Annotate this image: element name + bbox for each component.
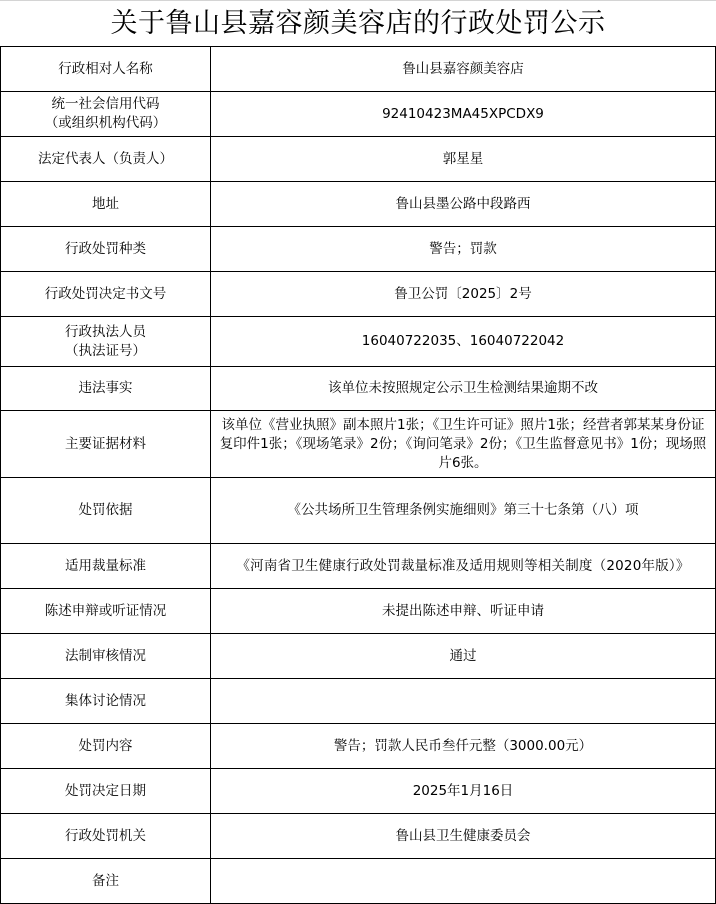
row-label-line: 统一社会信用代码（或组织机构代码） <box>45 96 167 131</box>
row-value: 鲁山县卫生健康委员会 <box>211 814 716 859</box>
table-row: 法定代表人（负责人）郭星星 <box>1 137 716 182</box>
row-value: 《河南省卫生健康行政处罚裁量标准及适用规则等相关制度（2020年版）》 <box>211 544 716 589</box>
table-row: 集体讨论情况 <box>1 679 716 724</box>
row-label: 行政处罚机关 <box>1 814 211 859</box>
row-label: 法制审核情况 <box>1 634 211 679</box>
row-value: 该单位未按照规定公示卫生检测结果逾期不改 <box>211 367 716 411</box>
row-label: 处罚内容 <box>1 724 211 769</box>
row-label: 陈述申辩或听证情况 <box>1 589 211 634</box>
table-row: 处罚决定日期2025年1月16日 <box>1 769 716 814</box>
row-value: 警告；罚款人民币叁仟元整（3000.00元） <box>211 724 716 769</box>
row-value: 16040722035、16040722042 <box>211 317 716 367</box>
penalty-info-table: 行政相对人名称鲁山县嘉容颜美容店 统一社会信用代码（或组织机构代码）924104… <box>0 46 716 904</box>
table-row: 违法事实该单位未按照规定公示卫生检测结果逾期不改 <box>1 367 716 411</box>
row-label: 违法事实 <box>1 367 211 411</box>
row-label: 法定代表人（负责人） <box>1 137 211 182</box>
table-row: 适用裁量标准《河南省卫生健康行政处罚裁量标准及适用规则等相关制度（2020年版）… <box>1 544 716 589</box>
row-label-line: 行政执法人员（执法证号） <box>65 324 146 359</box>
row-label: 处罚依据 <box>1 478 211 544</box>
row-label: 主要证据材料 <box>1 411 211 478</box>
table-row: 行政处罚决定书文号鲁卫公罚〔2025〕2号 <box>1 272 716 317</box>
table-row: 处罚内容警告；罚款人民币叁仟元整（3000.00元） <box>1 724 716 769</box>
table-row: 地址鲁山县墨公路中段路西 <box>1 182 716 227</box>
table-row: 陈述申辩或听证情况未提出陈述申辩、听证申请 <box>1 589 716 634</box>
table-row: 处罚依据《公共场所卫生管理条例实施细则》第三十七条第（八）项 <box>1 478 716 544</box>
row-label: 备注 <box>1 859 211 904</box>
row-value: 通过 <box>211 634 716 679</box>
row-value: 鲁山县嘉容颜美容店 <box>211 47 716 92</box>
table-row: 行政处罚机关鲁山县卫生健康委员会 <box>1 814 716 859</box>
row-label: 统一社会信用代码（或组织机构代码） <box>1 92 211 137</box>
row-value: 未提出陈述申辩、听证申请 <box>211 589 716 634</box>
row-label: 行政相对人名称 <box>1 47 211 92</box>
table-row: 法制审核情况通过 <box>1 634 716 679</box>
page-title: 关于鲁山县嘉容颜美容店的行政处罚公示 <box>0 0 716 46</box>
table-row: 主要证据材料该单位《营业执照》副本照片1张；《卫生许可证》照片1张；经营者郭某某… <box>1 411 716 478</box>
table-row: 行政处罚种类警告；罚款 <box>1 227 716 272</box>
row-value: 2025年1月16日 <box>211 769 716 814</box>
row-value: 该单位《营业执照》副本照片1张；《卫生许可证》照片1张；经营者郭某某身份证复印件… <box>211 411 716 478</box>
row-label: 集体讨论情况 <box>1 679 211 724</box>
table-row: 备注 <box>1 859 716 904</box>
row-label: 行政执法人员（执法证号） <box>1 317 211 367</box>
row-value <box>211 859 716 904</box>
row-value <box>211 679 716 724</box>
row-value: 警告；罚款 <box>211 227 716 272</box>
table-row: 统一社会信用代码（或组织机构代码）92410423MA45XPCDX9 <box>1 92 716 137</box>
row-value: 鲁山县墨公路中段路西 <box>211 182 716 227</box>
row-label: 行政处罚种类 <box>1 227 211 272</box>
table-row: 行政执法人员（执法证号）16040722035、16040722042 <box>1 317 716 367</box>
row-value: 《公共场所卫生管理条例实施细则》第三十七条第（八）项 <box>211 478 716 544</box>
row-label: 处罚决定日期 <box>1 769 211 814</box>
row-label: 适用裁量标准 <box>1 544 211 589</box>
row-label: 行政处罚决定书文号 <box>1 272 211 317</box>
row-value: 郭星星 <box>211 137 716 182</box>
row-value: 鲁卫公罚〔2025〕2号 <box>211 272 716 317</box>
table-row: 行政相对人名称鲁山县嘉容颜美容店 <box>1 47 716 92</box>
row-value: 92410423MA45XPCDX9 <box>211 92 716 137</box>
row-label: 地址 <box>1 182 211 227</box>
